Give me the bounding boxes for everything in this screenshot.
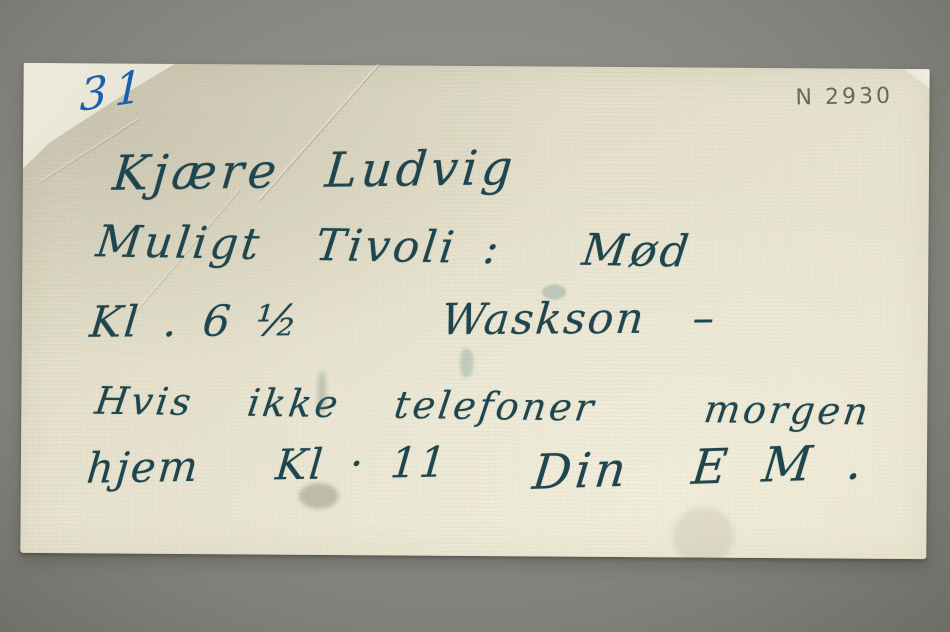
folded-corner-top-right (904, 69, 930, 89)
handwriting-line-salutation: Kjære Ludvig (110, 140, 518, 202)
handwriting-line-4: Hvis ikke telefoner morgen (92, 379, 873, 434)
handwriting-line-3: Kl . 6 ½ Waskson – (87, 293, 718, 347)
handwritten-note-card: 31 N 2930 Kjære Ludvig Muligt Tivoli : M… (20, 63, 929, 559)
ink-smudge (460, 348, 474, 378)
fingerprint-smudge (672, 507, 734, 563)
archive-number-pencil: N 2930 (795, 84, 893, 111)
handwriting-line-2: Muligt Tivoli : Mød (93, 216, 694, 277)
photograph-background: 31 N 2930 Kjære Ludvig Muligt Tivoli : M… (0, 0, 950, 632)
handwriting-signature: Din E M . (530, 434, 869, 501)
catalog-number-blue: 31 (79, 60, 149, 122)
handwriting-line-5: hjem Kl · 11 (85, 437, 450, 492)
